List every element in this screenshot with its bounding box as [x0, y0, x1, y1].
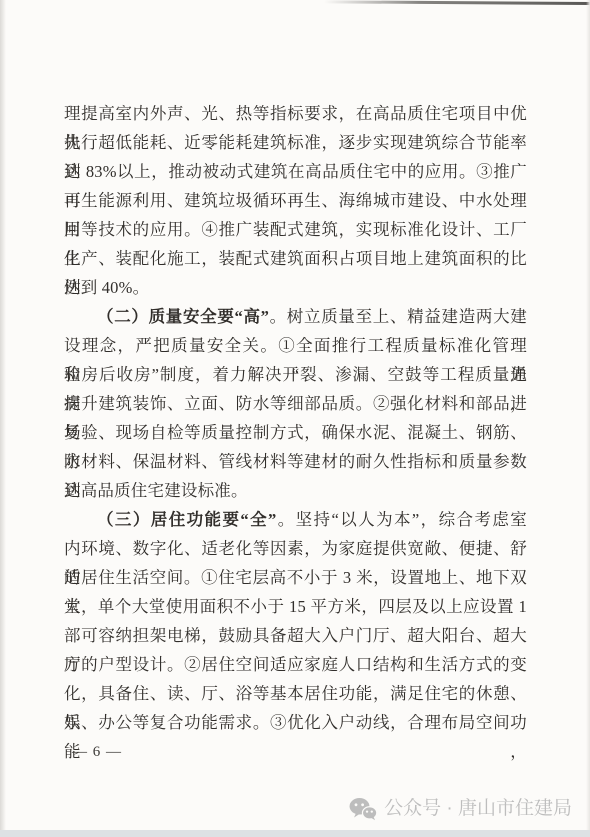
text-line: （三）居住功能要“全”。坚持“以人为本”，综合考虑室 — [64, 505, 527, 534]
body-text: 乐、办公等复合功能需求。③优化入户动线，合理布局空间功能， — [64, 713, 527, 761]
section-heading: （二）质量安全要“高” — [97, 307, 269, 326]
body-text: 达到 40%。 — [64, 278, 149, 297]
scan-artifact-bottom-strip — [0, 830, 590, 837]
text-line: 厅的户型设计。②居住空间适应家庭人口结构和生活方式的变 — [64, 650, 527, 679]
watermark-text: 公众号 · 唐山市住建局 — [384, 796, 572, 822]
text-line: 堂，单个大堂使用面积不小于 15 平方米，四层及以上应设置 1 — [64, 592, 527, 621]
text-line: 验房后收房”制度，着力解决开裂、渗漏、空鼓等工程质量通病， — [64, 360, 527, 389]
text-line: （二）质量安全要“高”。树立质量至上、精益建造两大建 — [64, 302, 527, 331]
text-line: 执行超低能耗、近零能耗建筑标准，逐步实现建筑综合节能率达 — [64, 128, 527, 157]
text-line: 设理念，严把质量安全关。①全面推行工程质量标准化管理和“先 — [64, 331, 527, 360]
body-text: 。树立质量至上、精益建造两大建 — [269, 307, 527, 326]
text-line: 水材料、保温材料、管线材料等建材的耐久性指标和质量参数达 — [64, 447, 527, 476]
text-line: 用等技术的应用。④推广装配式建筑，实现标准化设计、工厂化 — [64, 215, 527, 244]
document-body: 理提高室内外声、光、热等指标要求，在高品质住宅项目中优先执行超低能耗、近零能耗建… — [64, 99, 527, 737]
text-line: 部可容纳担架电梯，鼓励具备超大入户门厅、超大阳台、超大方 — [64, 621, 527, 650]
text-line: 再生能源利用、建筑垃圾循环再生、海绵城市建设、中水处理回 — [64, 186, 527, 215]
text-line: 理提高室内外声、光、热等指标要求，在高品质住宅项目中优先 — [64, 99, 527, 128]
wechat-watermark: 公众号 · 唐山市住建局 — [349, 796, 572, 822]
body-text: 堂，单个大堂使用面积不小于 15 平方米，四层及以上应设置 1 — [64, 597, 527, 616]
text-line: 提升建筑装饰、立面、防水等细部品质。②强化材料和部品进场 — [64, 389, 527, 418]
text-line: 到高品质住宅建设标准。 — [64, 476, 527, 505]
text-line: 乐、办公等复合功能需求。③优化入户动线，合理布局空间功能， — [64, 708, 527, 737]
wechat-icon — [349, 797, 377, 821]
text-line: 复验、现场自检等质量控制方式，确保水泥、混凝土、钢筋、防 — [64, 418, 527, 447]
text-line: 生产、装配化施工，装配式建筑面积占项目地上建筑面积的比例 — [64, 244, 527, 273]
page-number: — 6 — — [72, 742, 122, 762]
text-line: 到 83%以上，推动被动式建筑在高品质住宅中的应用。③推广可 — [64, 157, 527, 186]
text-line: 的居住生活空间。①住宅层高不小于 3 米，设置地上、地下双大 — [64, 563, 527, 592]
text-line: 达到 40%。 — [64, 273, 527, 302]
text-line: 内环境、数字化、适老化等因素，为家庭提供宽敞、便捷、舒适 — [64, 534, 527, 563]
scan-artifact-right-edge — [586, 0, 590, 837]
text-line: 化，具备住、读、厅、浴等基本居住功能，满足住宅的休憩、娱 — [64, 679, 527, 708]
scan-artifact-left-edge — [0, 0, 6, 837]
section-heading: （三）居住功能要“全” — [97, 510, 276, 529]
scanned-document-page: 理提高室内外声、光、热等指标要求，在高品质住宅项目中优先执行超低能耗、近零能耗建… — [0, 0, 590, 837]
body-text: 到高品质住宅建设标准。 — [64, 481, 248, 500]
body-text: 厅的户型设计。②居住空间适应家庭人口结构和生活方式的变 — [64, 655, 527, 674]
body-text: 。坚持“以人为本”，综合考虑室 — [276, 510, 527, 529]
scan-artifact-top-edge — [324, 0, 590, 5]
